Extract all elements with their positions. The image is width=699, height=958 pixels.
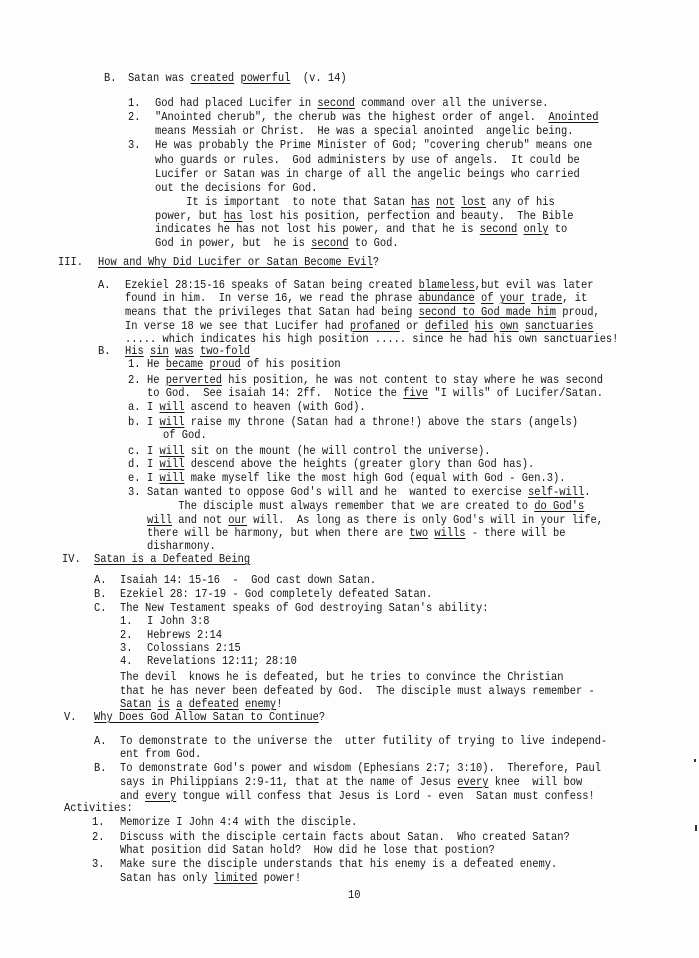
text-span: Isaiah 14: 15-16 - God cast down Satan. [120, 573, 376, 587]
text-span: What position did Satan hold? How did he… [120, 843, 495, 857]
text-span: God in power, but he is [155, 236, 311, 250]
text-span: of God. [163, 428, 207, 442]
scan-speck [694, 759, 696, 762]
text-line: He was probably the Prime Minister of Go… [155, 138, 592, 152]
text-span: power, but [155, 209, 224, 223]
outline-label: 4. [120, 654, 132, 668]
text-span: there will be harmony, but when there ar… [147, 526, 409, 540]
text-line: God had placed Lucifer in second command… [155, 96, 549, 110]
outline-label: 3. [128, 138, 140, 152]
underlined-text: will [159, 415, 184, 429]
text-line: I will descend above the heights (greate… [147, 457, 534, 471]
text-span: Make sure the disciple understands that … [120, 857, 557, 871]
underlined-text: proud [209, 357, 240, 371]
text-span: , it [562, 291, 587, 305]
text-span: The disciple must always remember that w… [147, 499, 534, 513]
text-span: He was probably the Prime Minister of Go… [155, 138, 592, 152]
outline-label: 1. [120, 614, 132, 628]
text-span: - there will be [466, 526, 566, 540]
underlined-text: defeated [189, 697, 239, 711]
underlined-text: trade [531, 291, 562, 305]
text-line: of God. [163, 428, 207, 442]
text-line: to God. See isaiah 14: 2ff. Notice the f… [147, 386, 603, 400]
text-line: I will raise my throne (Satan had a thro… [147, 415, 578, 429]
underlined-text: second [311, 236, 348, 250]
text-line: Ezekiel 28:15-16 speaks of Satan being c… [125, 278, 593, 292]
text-span: Satan has only [120, 871, 214, 885]
underlined-text: defiled [425, 319, 469, 333]
text-line: says in Philippians 2:9-11, that at the … [120, 775, 582, 789]
underlined-text: profaned [350, 319, 400, 333]
text-span: Revelations 12:11; 28:10 [147, 654, 297, 668]
outline-label: 2. [128, 373, 140, 387]
underlined-text: every [145, 789, 176, 803]
text-line: The New Testament speaks of God destroyi… [120, 601, 489, 615]
outline-label: 1. [128, 357, 140, 371]
text-span: Discuss with the disciple certain facts … [120, 830, 570, 844]
text-line: Revelations 12:11; 28:10 [147, 654, 297, 668]
text-span: Memorize I John 4:4 with the disciple. [120, 815, 357, 829]
text-line: out the decisions for God. [155, 181, 317, 195]
text-line: I will sit on the mount (he will control… [147, 444, 491, 458]
underlined-text: blameless [419, 278, 475, 292]
underlined-text: own [500, 319, 519, 333]
text-line: It is important to note that Satan has n… [155, 195, 555, 209]
underlined-text: is [157, 697, 169, 711]
underlined-text: Satan [120, 697, 151, 711]
outline-label: 2. [128, 110, 140, 124]
text-span: Ezekiel 28: 17-19 - God completely defea… [120, 587, 432, 601]
text-line: who guards or rules. God administers by … [155, 153, 580, 167]
text-span: ,but evil was later [475, 278, 594, 292]
text-span: I [147, 457, 159, 471]
underlined-text: created [190, 71, 234, 85]
text-span: raise my throne (Satan had a throne!) ab… [184, 415, 578, 429]
text-span: I [147, 444, 159, 458]
underlined-text: will [159, 400, 184, 414]
outline-label: e. [128, 471, 140, 485]
text-line: Discuss with the disciple certain facts … [120, 830, 570, 844]
text-line: The devil knows he is defeated, but he t… [120, 670, 563, 684]
underlined-text: two-fold [200, 344, 250, 358]
text-span: ! [276, 697, 282, 711]
text-line: there will be harmony, but when there ar… [147, 526, 566, 540]
underlined-text: second to God made him [419, 305, 556, 319]
text-span: ent from God. [120, 747, 201, 761]
underlined-text: lost [461, 195, 486, 209]
text-span: or [400, 319, 425, 333]
text-span: his position, he was not content to stay… [222, 373, 603, 387]
text-line: Ezekiel 28: 17-19 - God completely defea… [120, 587, 432, 601]
outline-label: III. [58, 255, 83, 269]
text-span: indicates he has not lost his power, and… [155, 222, 480, 236]
outline-label: B. [104, 71, 116, 85]
text-line: To demonstrate to the universe the utter… [120, 734, 607, 748]
text-span: "Anointed cherub", the cherub was the hi… [155, 110, 549, 124]
text-line: The disciple must always remember that w… [147, 499, 584, 513]
section-heading: His sin was two-fold [125, 344, 250, 358]
underlined-text: has [224, 209, 243, 223]
underlined-text: sin [150, 344, 169, 358]
text-span: who guards or rules. God administers by … [155, 153, 580, 167]
outline-label: B. [94, 587, 106, 601]
text-span: I [147, 415, 159, 429]
text-line: and every tongue will confess that Jesus… [120, 789, 595, 803]
text-span: proud, [556, 305, 600, 319]
text-line: To demonstrate God's power and wisdom (E… [120, 761, 601, 775]
text-span: lost his position, perfection and beauty… [242, 209, 573, 223]
text-line: God in power, but he is second to God. [155, 236, 399, 250]
text-line: I John 3:8 [147, 614, 209, 628]
underlined-text: will [159, 457, 184, 471]
text-span: to God. See isaiah 14: 2ff. Notice the [147, 386, 403, 400]
underlined-text: became [166, 357, 203, 371]
text-span: to God. [349, 236, 399, 250]
text-span: Lucifer or Satan was in charge of all th… [155, 167, 580, 181]
text-span: The New Testament speaks of God destroyi… [120, 601, 489, 615]
text-span: Activities: [64, 801, 133, 815]
text-line: What position did Satan hold? How did he… [120, 843, 495, 857]
text-line: found in him. In verse 16, we read the p… [125, 291, 587, 305]
underlined-text: sanctuaries [525, 319, 594, 333]
underlined-text: of [481, 291, 493, 305]
outline-label: C. [94, 601, 106, 615]
text-line: Lucifer or Satan was in charge of all th… [155, 167, 580, 181]
text-span: says in Philippians 2:9-11, that at the … [120, 775, 457, 789]
document-page: B.Satan was created powerful (v. 14)1.Go… [0, 0, 699, 958]
outline-label: 3. [120, 641, 132, 655]
text-span: tongue will confess that Jesus is Lord -… [176, 789, 594, 803]
underlined-text: second [480, 222, 517, 236]
underlined-text: will [159, 444, 184, 458]
text-line: Satan is a defeated enemy! [120, 697, 282, 711]
text-span: that he has never been defeated by God. … [120, 684, 595, 698]
outline-label: 1. [128, 96, 140, 110]
text-line: Isaiah 14: 15-16 - God cast down Satan. [120, 573, 376, 587]
text-span: found in him. In verse 16, we read the p… [125, 291, 419, 305]
text-span: Colossians 2:15 [147, 641, 241, 655]
underlined-text: perverted [166, 373, 222, 387]
text-line: power, but has lost his position, perfec… [155, 209, 573, 223]
underlined-text: Satan is a Defeated Being [94, 552, 250, 566]
underlined-text: self-will [528, 485, 584, 499]
underlined-text: wills [434, 526, 465, 540]
text-line: means that the privileges that Satan had… [125, 305, 600, 319]
outline-label: 1. [92, 815, 104, 829]
text-line: disharmony. [147, 539, 216, 553]
section-heading: Why Does God Allow Satan to Continue? [94, 710, 325, 724]
underlined-text: has [411, 195, 430, 209]
outline-label: A. [94, 734, 106, 748]
text-line: He became proud of his position [147, 357, 341, 371]
outline-label: 2. [92, 830, 104, 844]
text-span: To demonstrate to the universe the utter… [120, 734, 607, 748]
text-span: disharmony. [147, 539, 216, 553]
underlined-text: not [436, 195, 455, 209]
text-line: ent from God. [120, 747, 201, 761]
text-span: He [147, 357, 166, 371]
text-span: . [584, 485, 590, 499]
outline-label: a. [128, 400, 140, 414]
underlined-text: abundance [419, 291, 475, 305]
underlined-text: Anointed [549, 110, 599, 124]
underlined-text: every [457, 775, 488, 789]
underlined-text: limited [214, 871, 258, 885]
underlined-text: Why Does God Allow Satan to Continue [94, 710, 319, 724]
outline-label: A. [94, 573, 106, 587]
section-heading: Satan was created powerful (v. 14) [128, 71, 347, 85]
underlined-text: his [475, 319, 494, 333]
text-span: It is important to note that Satan [155, 195, 411, 209]
text-span: command over all the universe. [355, 96, 549, 110]
underlined-text: was [175, 344, 194, 358]
underlined-text: His [125, 344, 144, 358]
text-line: Make sure the disciple understands that … [120, 857, 557, 871]
outline-label: 3. [128, 485, 140, 499]
text-span: of his position [241, 357, 341, 371]
text-span: any of his [486, 195, 555, 209]
text-span: sit on the mount (he will control the un… [184, 444, 490, 458]
page-number: 10 [348, 888, 360, 902]
text-line: I will ascend to heaven (with God). [147, 400, 366, 414]
outline-label: B. [94, 761, 106, 775]
underlined-text: five [403, 386, 428, 400]
text-line: Satan has only limited power! [120, 871, 301, 885]
text-span: (v. 14) [290, 71, 346, 85]
text-span: and not [172, 513, 228, 527]
text-span: power! [257, 871, 301, 885]
outline-label: 3. [92, 857, 104, 871]
text-line: I will make myself like the most high Go… [147, 471, 565, 485]
text-line: Colossians 2:15 [147, 641, 241, 655]
text-span: make myself like the most high God (equa… [184, 471, 565, 485]
text-line: Satan wanted to oppose God's will and he… [147, 485, 590, 499]
text-span: knee will bow [489, 775, 583, 789]
underlined-text: will [147, 513, 172, 527]
text-line: will and not our will. As long as there … [147, 513, 603, 527]
text-span: I [147, 400, 159, 414]
text-span: Ezekiel 28:15-16 speaks of Satan being c… [125, 278, 419, 292]
text-line: Hebrews 2:14 [147, 628, 222, 642]
text-line: Memorize I John 4:4 with the disciple. [120, 815, 357, 829]
text-span: I John 3:8 [147, 614, 209, 628]
outline-label: A. [98, 278, 110, 292]
text-span: ? [373, 255, 379, 269]
text-span: I [147, 471, 159, 485]
outline-label: c. [128, 444, 140, 458]
section-heading: Satan is a Defeated Being [94, 552, 250, 566]
scan-speck [695, 825, 697, 831]
underlined-text: your [500, 291, 525, 305]
underlined-text: enemy [245, 697, 276, 711]
text-span: ? [319, 710, 325, 724]
text-span: God had placed Lucifer in [155, 96, 317, 110]
text-span: Hebrews 2:14 [147, 628, 222, 642]
outline-label: 2. [120, 628, 132, 642]
underlined-text: will [159, 471, 184, 485]
text-line: means Messiah or Christ. He was a specia… [155, 124, 573, 138]
underlined-text: How and Why Did Lucifer or Satan Become … [98, 255, 373, 269]
text-span: "I wills" of Lucifer/Satan. [428, 386, 603, 400]
underlined-text: two [409, 526, 428, 540]
text-line: He perverted his position, he was not co… [147, 373, 603, 387]
text-span: will. As long as there is only God's wil… [247, 513, 603, 527]
outline-label: V. [64, 710, 76, 724]
outline-label: IV. [62, 552, 81, 566]
text-span: He [147, 373, 166, 387]
text-span: out the decisions for God. [155, 181, 317, 195]
underlined-text: do God's [534, 499, 584, 513]
underlined-text: second [317, 96, 354, 110]
section-heading: How and Why Did Lucifer or Satan Become … [98, 255, 379, 269]
text-line: indicates he has not lost his power, and… [155, 222, 567, 236]
outline-label: d. [128, 457, 140, 471]
outline-label: B. [98, 344, 110, 358]
underlined-text: only [524, 222, 549, 236]
text-span: To demonstrate God's power and wisdom (E… [120, 761, 601, 775]
text-span: to [549, 222, 568, 236]
text-line: "Anointed cherub", the cherub was the hi… [155, 110, 598, 124]
text-span: Satan was [128, 71, 190, 85]
text-span: The devil knows he is defeated, but he t… [120, 670, 563, 684]
text-span: Satan wanted to oppose God's will and he… [147, 485, 528, 499]
outline-label: b. [128, 415, 140, 429]
section-heading: Activities: [64, 801, 133, 815]
text-span: descend above the heights (greater glory… [184, 457, 534, 471]
text-span: means Messiah or Christ. He was a specia… [155, 124, 573, 138]
text-line: In verse 18 we see that Lucifer had prof… [125, 319, 593, 333]
text-line: that he has never been defeated by God. … [120, 684, 595, 698]
text-span: In verse 18 we see that Lucifer had [125, 319, 350, 333]
text-span: means that the privileges that Satan had… [125, 305, 419, 319]
text-span: ascend to heaven (with God). [184, 400, 365, 414]
underlined-text: powerful [240, 71, 290, 85]
underlined-text: our [228, 513, 247, 527]
